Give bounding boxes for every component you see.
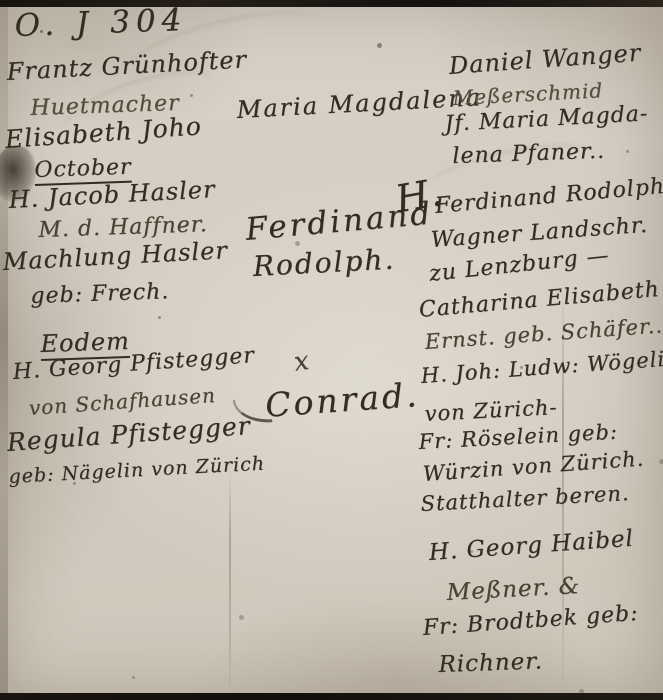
entry3-child-flourish: x [292,346,312,378]
entry3-witness-line4: Würzin von Zürich. [422,447,645,486]
entry3-witness-line2: von Zürich- [424,395,558,426]
entry2-witness-line1: Ferdinand Rodolph [434,174,663,219]
entry3-child-line: Conrad. [232,375,421,427]
entry2-mother-note: geb: Frech. [30,279,170,309]
fold-crease-left [229,470,231,700]
entry1-witness-name: Daniel Wanger [448,39,642,80]
entry3-witness-line7: Meßner. & [446,573,581,606]
entry2-child-name-line2: Rodolph. [252,243,396,283]
entry2-date: October [34,155,132,183]
entry2-witness-line5: Ernst. geb. Schäfer.. [424,313,663,354]
entry2-mother-name: Machlung Hasler [2,236,228,276]
entry1-witness-line4: lena Pfaner.. [452,139,605,169]
entry3-witness-line6: H. Georg Haibel [428,526,635,566]
entry3-mother-note: geb: Nägelin von Zürich [8,453,266,488]
entry3-witness-line8: Fr: Brodtbek geb: [422,601,639,641]
folio-number: O. J 304 [14,2,188,44]
entry3-witness-line5: Statthalter beren. [420,481,630,516]
entry1-father-name: Frantz Grünhofter [6,45,248,86]
entry3-witness-line1: H. Joh: Ludw: Wögelin [420,346,663,388]
manuscript-page: O. J 304 Frantz Grünhofter Huetmacher El… [0,0,663,700]
page-edge-bottom [0,693,663,700]
entry2-witness-line2: Wagner Landschr. [430,213,649,253]
entry3-child-name: Conrad. [264,375,421,425]
entry3-witness-line9: Richner. [438,648,543,678]
page-edge-left [0,7,8,693]
